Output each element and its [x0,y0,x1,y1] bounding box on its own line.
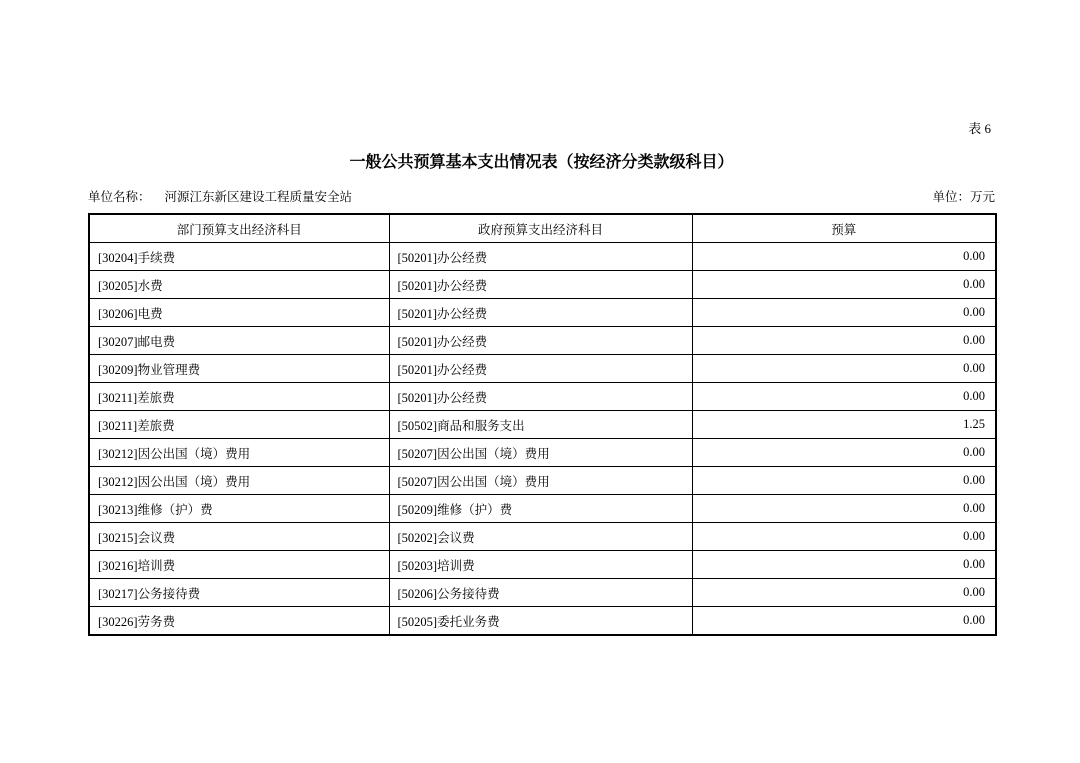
table-number-label: 表 6 [88,118,995,137]
table-row: [30213]维修（护）费[50209]维修（护）费0.00 [89,495,996,523]
budget-value-cell: 0.00 [692,355,996,383]
gov-subject-cell: [50201]办公经费 [389,355,692,383]
dept-subject-cell: [30211]差旅费 [89,383,389,411]
page-title: 一般公共预算基本支出情况表（按经济分类款级科目） [88,149,995,172]
gov-subject-cell: [50207]因公出国（境）费用 [389,467,692,495]
table-row: [30211]差旅费[50502]商品和服务支出1.25 [89,411,996,439]
budget-value-cell: 0.00 [692,467,996,495]
dept-subject-cell: [30212]因公出国（境）费用 [89,467,389,495]
dept-subject-cell: [30215]会议费 [89,523,389,551]
unit-name-value: 河源江东新区建设工程质量安全站 [165,190,353,204]
budget-value-cell: 0.00 [692,439,996,467]
table-row: [30215]会议费[50202]会议费0.00 [89,523,996,551]
dept-subject-cell: [30212]因公出国（境）费用 [89,439,389,467]
gov-subject-cell: [50205]委托业务费 [389,607,692,636]
budget-value-cell: 0.00 [692,607,996,636]
budget-value-cell: 1.25 [692,411,996,439]
dept-subject-cell: [30213]维修（护）费 [89,495,389,523]
table-row: [30205]水费[50201]办公经费0.00 [89,271,996,299]
col-header-budget: 预算 [692,214,996,243]
table-row: [30212]因公出国（境）费用[50207]因公出国（境）费用0.00 [89,467,996,495]
dept-subject-cell: [30216]培训费 [89,551,389,579]
dept-subject-cell: [30206]电费 [89,299,389,327]
dept-subject-cell: [30226]劳务费 [89,607,389,636]
gov-subject-cell: [50201]办公经费 [389,299,692,327]
gov-subject-cell: [50206]公务接待费 [389,579,692,607]
gov-subject-cell: [50203]培训费 [389,551,692,579]
unit-name-label: 单位名称： [88,190,151,204]
gov-subject-cell: [50209]维修（护）费 [389,495,692,523]
table-row: [30207]邮电费[50201]办公经费0.00 [89,327,996,355]
table-row: [30212]因公出国（境）费用[50207]因公出国（境）费用0.00 [89,439,996,467]
gov-subject-cell: [50502]商品和服务支出 [389,411,692,439]
budget-value-cell: 0.00 [692,271,996,299]
budget-value-cell: 0.00 [692,327,996,355]
gov-subject-cell: [50201]办公经费 [389,383,692,411]
unit-name: 单位名称：河源江东新区建设工程质量安全站 [88,187,352,205]
col-header-gov-subject: 政府预算支出经济科目 [389,214,692,243]
unit-of-measure-label: 单位：万元 [932,187,995,205]
budget-value-cell: 0.00 [692,551,996,579]
budget-table: 部门预算支出经济科目 政府预算支出经济科目 预算 [30204]手续费[5020… [88,213,997,636]
budget-value-cell: 0.00 [692,383,996,411]
gov-subject-cell: [50201]办公经费 [389,271,692,299]
gov-subject-cell: [50207]因公出国（境）费用 [389,439,692,467]
budget-value-cell: 0.00 [692,579,996,607]
budget-value-cell: 0.00 [692,523,996,551]
dept-subject-cell: [30205]水费 [89,271,389,299]
document-page: 表 6 一般公共预算基本支出情况表（按经济分类款级科目） 单位名称：河源江东新区… [88,0,995,636]
table-row: [30204]手续费[50201]办公经费0.00 [89,243,996,271]
table-row: [30216]培训费[50203]培训费0.00 [89,551,996,579]
dept-subject-cell: [30211]差旅费 [89,411,389,439]
col-header-dept-subject: 部门预算支出经济科目 [89,214,389,243]
table-header: 部门预算支出经济科目 政府预算支出经济科目 预算 [89,214,996,243]
meta-row: 单位名称：河源江东新区建设工程质量安全站 单位：万元 [88,187,995,205]
gov-subject-cell: [50201]办公经费 [389,327,692,355]
table-row: [30209]物业管理费[50201]办公经费0.00 [89,355,996,383]
gov-subject-cell: [50201]办公经费 [389,243,692,271]
dept-subject-cell: [30204]手续费 [89,243,389,271]
table-row: [30206]电费[50201]办公经费0.00 [89,299,996,327]
table-body: [30204]手续费[50201]办公经费0.00[30205]水费[50201… [89,243,996,636]
dept-subject-cell: [30207]邮电费 [89,327,389,355]
table-header-row: 部门预算支出经济科目 政府预算支出经济科目 预算 [89,214,996,243]
table-row: [30211]差旅费[50201]办公经费0.00 [89,383,996,411]
dept-subject-cell: [30217]公务接待费 [89,579,389,607]
budget-value-cell: 0.00 [692,299,996,327]
gov-subject-cell: [50202]会议费 [389,523,692,551]
budget-value-cell: 0.00 [692,243,996,271]
budget-value-cell: 0.00 [692,495,996,523]
table-row: [30226]劳务费[50205]委托业务费0.00 [89,607,996,636]
table-row: [30217]公务接待费[50206]公务接待费0.00 [89,579,996,607]
dept-subject-cell: [30209]物业管理费 [89,355,389,383]
